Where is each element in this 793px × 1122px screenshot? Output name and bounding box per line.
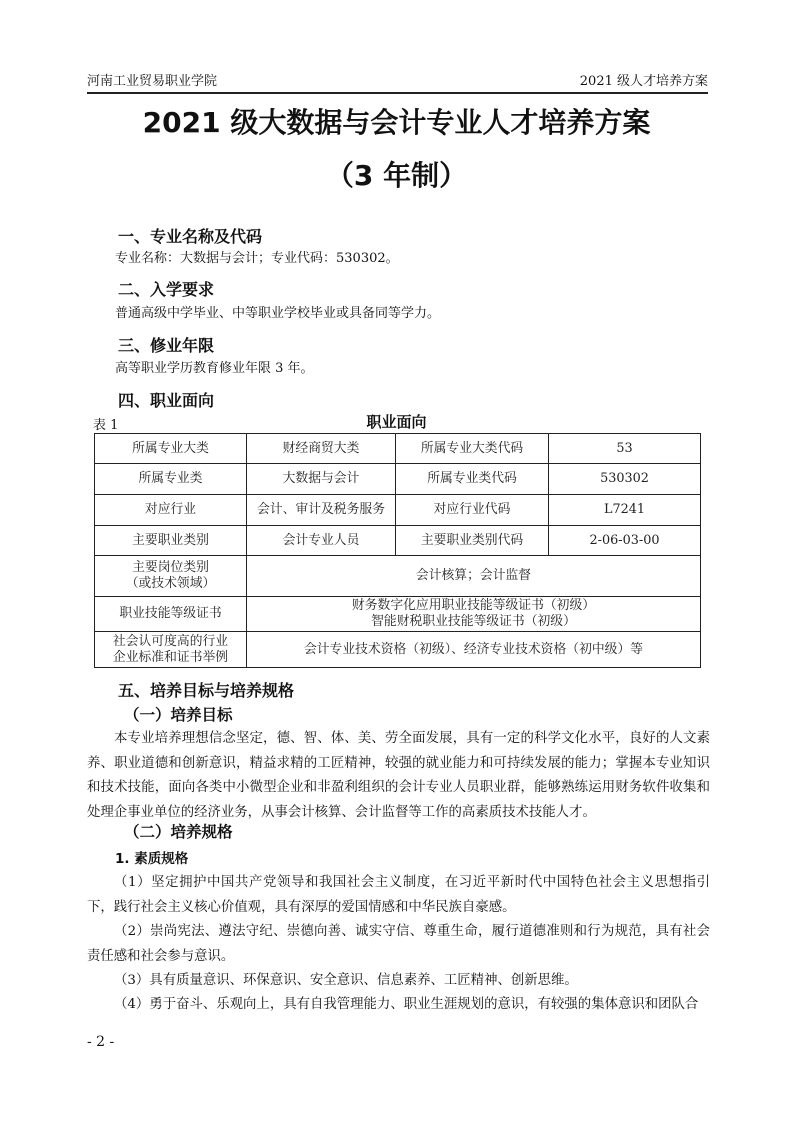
table-row: 职业技能等级证书 财务数字化应用职业技能等级证书（初级） 智能财税职业技能等级证… [95,597,701,632]
section-2-heading: 二、入学要求 [118,280,214,300]
table-cell: 大数据与会计 [247,464,396,495]
section-1-heading: 一、专业名称及代码 [118,227,262,247]
table-cell: 2-06-03-00 [549,526,701,556]
table-cell: 所属专业类代码 [396,464,549,495]
header-institution: 河南工业贸易职业学院 [87,73,217,91]
cell-line: 智能财税职业技能等级证书（初级） [249,614,698,630]
career-orientation-table: 所属专业大类 财经商贸大类 所属专业大类代码 53 所属专业类 大数据与会计 所… [94,433,701,668]
cell-line: （或技术领域） [97,576,244,592]
quality-point-2: （2）崇尚宪法、遵法守纪、崇德向善、诚实守信、尊重生命，履行道德准则和行为规范，… [87,920,710,969]
table-cell: 社会认可度高的行业 企业标准和证书举例 [95,632,247,668]
quality-spec-heading: 1. 素质规格 [115,850,188,868]
section-5-heading: 五、培养目标与培养规格 [118,681,294,701]
document-title: 2021 级大数据与会计专业人才培养方案 [0,105,793,141]
table-row: 主要职业类别 会计专业人员 主要职业类别代码 2-06-03-00 [95,526,701,556]
table-cell: 财经商贸大类 [247,434,396,464]
table-row: 主要岗位类别 （或技术领域） 会计核算；会计监督 [95,556,701,597]
table-cell: 主要职业类别 [95,526,247,556]
table-row: 所属专业大类 财经商贸大类 所属专业大类代码 53 [95,434,701,464]
subsection-1-heading: （一）培养目标 [124,705,233,725]
table-cell: 会计、审计及税务服务 [247,495,396,526]
table-row: 对应行业 会计、审计及税务服务 对应行业代码 L7241 [95,495,701,526]
table-cell: 主要职业类别代码 [396,526,549,556]
quality-point-3: （3）具有质量意识、环保意识、安全意识、信息素养、工匠精神、创新思维。 [87,969,710,994]
document-subtitle: （3 年制） [0,158,793,194]
table-row: 社会认可度高的行业 企业标准和证书举例 会计专业技术资格（初级）、经济专业技术资… [95,632,701,668]
table-cell: 对应行业代码 [396,495,549,526]
table-cell: 53 [549,434,701,464]
section-4-heading: 四、职业面向 [118,391,214,411]
section-3-text: 高等职业学历教育修业年限 3 年。 [115,360,314,378]
table-cell: 会计专业人员 [247,526,396,556]
table-cell: L7241 [549,495,701,526]
subsection-2-heading: （二）培养规格 [124,822,233,842]
cell-line: 职业技能等级证书 [97,606,244,622]
cell-line: 财务数字化应用职业技能等级证书（初级） [249,598,698,614]
cell-line: 会计专业技术资格（初级）、经济专业技术资格（初中级）等 [249,642,698,658]
table-cell-merged: 会计核算；会计监督 [247,556,701,597]
table-row: 所属专业类 大数据与会计 所属专业类代码 530302 [95,464,701,495]
table-cell: 职业技能等级证书 [95,597,247,632]
table-cell: 主要岗位类别 （或技术领域） [95,556,247,597]
section-2-text: 普通高级中学毕业、中等职业学校毕业或具备同等学力。 [115,305,440,323]
training-goal-paragraph: 本专业培养理想信念坚定，德、智、体、美、劳全面发展，具有一定的科学文化水平，良好… [87,727,710,825]
table-cell-merged: 财务数字化应用职业技能等级证书（初级） 智能财税职业技能等级证书（初级） [247,597,701,632]
section-3-heading: 三、修业年限 [118,336,214,356]
table-cell: 所属专业大类 [95,434,247,464]
cell-line: 会计核算；会计监督 [249,568,698,584]
table-cell: 所属专业大类代码 [396,434,549,464]
page-number: - 2 - [87,1034,114,1050]
quality-point-1: （1）坚定拥护中国共产党领导和我国社会主义制度，在习近平新时代中国特色社会主义思… [87,871,710,920]
cell-line: 企业标准和证书举例 [97,650,244,666]
table-cell-merged: 会计专业技术资格（初级）、经济专业技术资格（初中级）等 [247,632,701,668]
table-cell: 对应行业 [95,495,247,526]
header-doc-name: 2021 级人才培养方案 [580,73,708,91]
table-cell: 530302 [549,464,701,495]
cell-line: 社会认可度高的行业 [97,634,244,650]
table-cell: 所属专业类 [95,464,247,495]
table-title: 职业面向 [0,411,793,432]
page-header: 河南工业贸易职业学院 2021 级人才培养方案 [87,72,708,94]
section-1-text: 专业名称：大数据与会计；专业代码：530302。 [115,250,399,268]
cell-line: 主要岗位类别 [97,560,244,576]
quality-point-4: （4）勇于奋斗、乐观向上，具有自我管理能力、职业生涯规划的意识，有较强的集体意识… [87,993,710,1018]
